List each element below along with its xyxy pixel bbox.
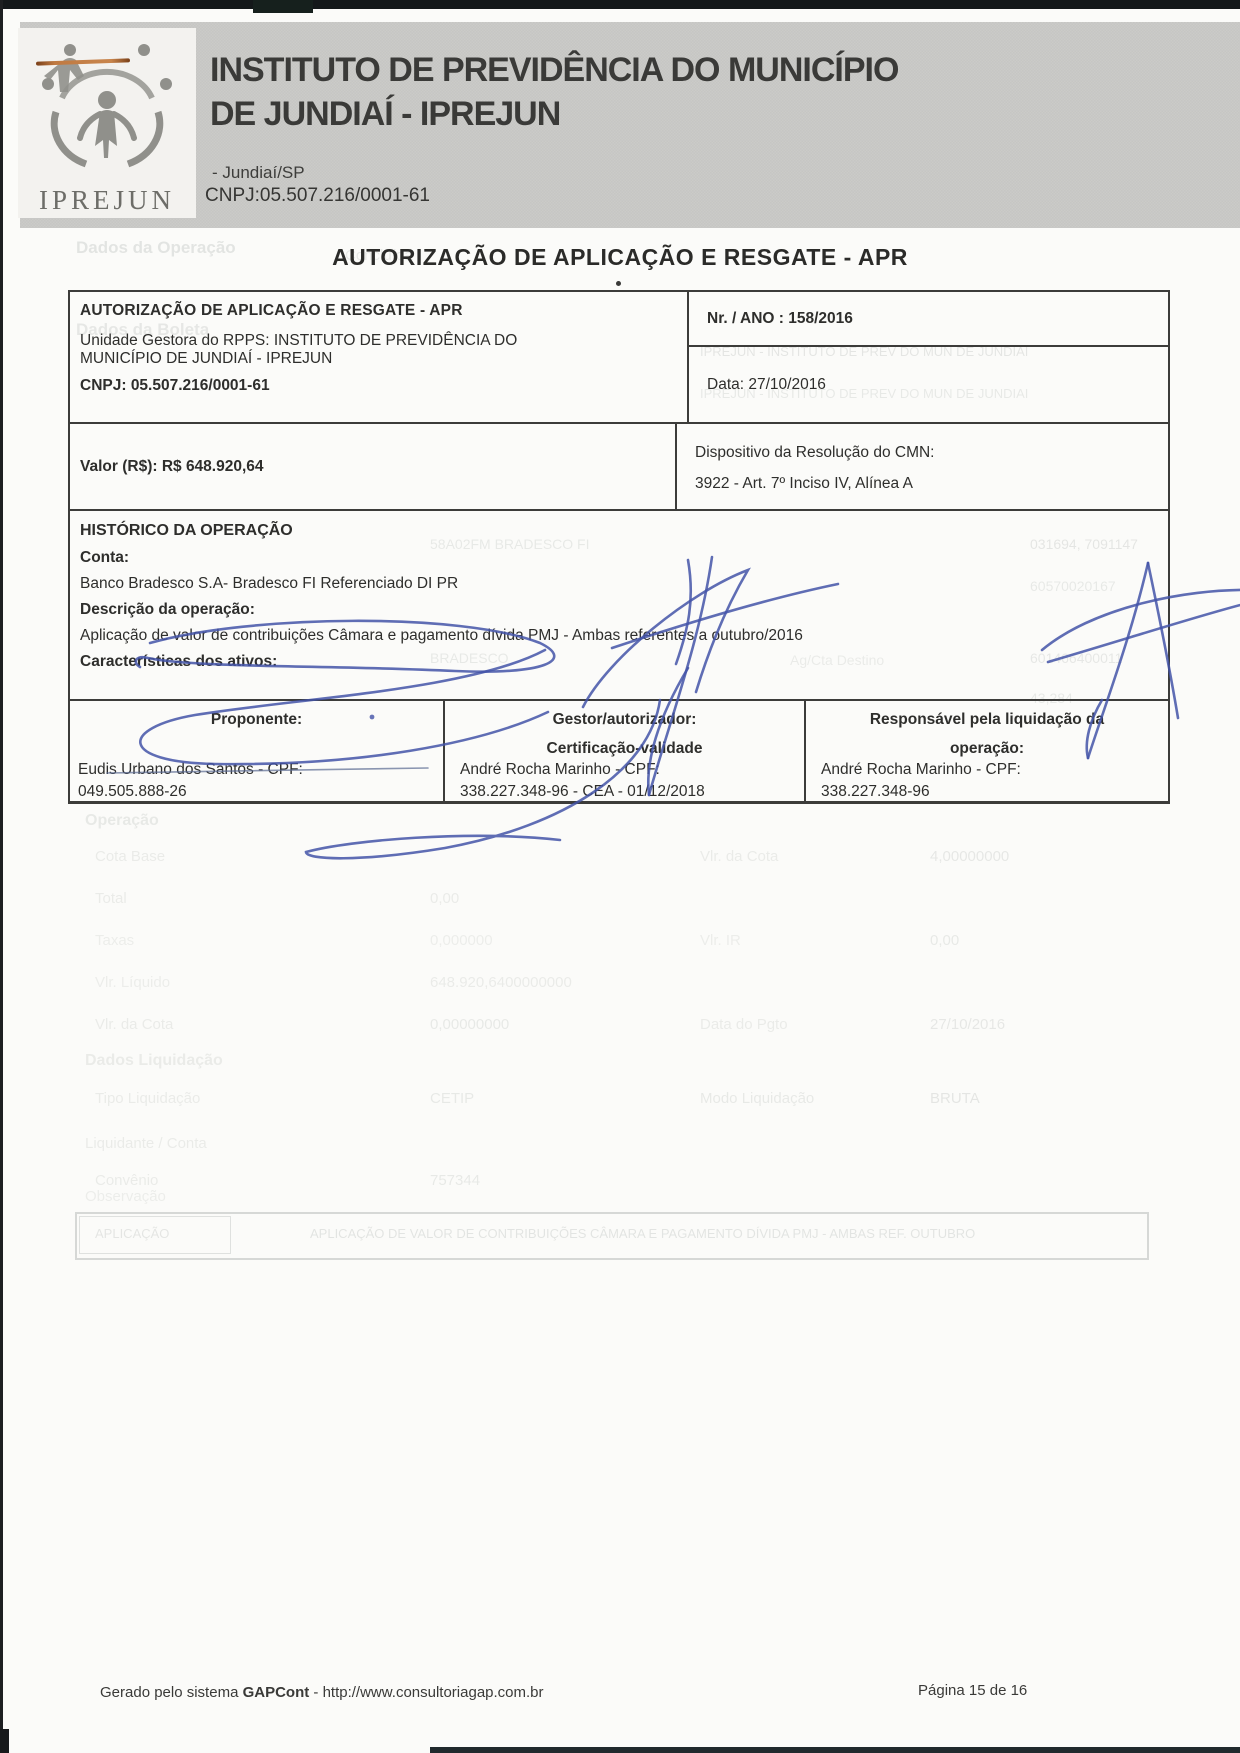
org-name-line2: DE JUNDIAÍ - IPREJUN <box>210 92 898 136</box>
ghost-text: 27/10/2016 <box>930 1016 1005 1033</box>
descricao-value: Aplicação de valor de contribuições Câma… <box>80 623 1168 649</box>
ghost-text: Data do Pgto <box>700 1016 788 1033</box>
ghost-text: Taxas <box>95 932 134 949</box>
ghost-text: Vlr. da Cota <box>700 848 778 865</box>
ghost-text: 4,00000000 <box>930 848 1009 865</box>
form-box-title: AUTORIZAÇÃO DE APLICAÇÃO E RESGATE - APR <box>80 301 675 321</box>
data-field: Data: 27/10/2016 <box>689 347 1168 422</box>
org-cnpj: CNPJ:05.507.216/0001-61 <box>205 185 430 207</box>
historico-title: HISTÓRICO DA OPERAÇÃO <box>80 519 1168 543</box>
unidade-gestora-cell: AUTORIZAÇÃO DE APLICAÇÃO E RESGATE - APR… <box>70 292 689 422</box>
liquidacao-cell: Responsável pela liquidação da operação:… <box>806 701 1168 801</box>
footer-url: - http://www.consultoriagap.com.br <box>309 1684 543 1701</box>
liquidacao-role2: operação: <box>806 730 1168 759</box>
unidade-gestora-text: Unidade Gestora do RPPS: INSTITUTO DE PR… <box>80 332 590 368</box>
gestor-cpf: 338.227.348-96 - CEA - 01/12/2018 <box>460 781 804 803</box>
ghost-text: Tipo Liquidação <box>95 1090 200 1107</box>
people-globe-icon <box>18 28 196 188</box>
apr-form-table: AUTORIZAÇÃO DE APLICAÇÃO E RESGATE - APR… <box>68 290 1170 804</box>
ghost-text: 0,00 <box>430 890 459 907</box>
ghost-box <box>75 1212 1149 1260</box>
footer-generated-by: Gerado pelo sistema GAPCont - http://www… <box>100 1684 544 1701</box>
ghost-text: Liquidante / Conta <box>85 1135 207 1152</box>
ghost-text: BRUTA <box>930 1090 980 1107</box>
ghost-text: Convênio <box>95 1172 158 1189</box>
liquidacao-role: Responsável pela liquidação da <box>806 701 1168 730</box>
valor-field: Valor (R$): R$ 648.920,64 <box>70 424 677 509</box>
liquidacao-names: André Rocha Marinho - CPF: 338.227.348-9… <box>806 759 1168 813</box>
ghost-text: CETIP <box>430 1090 474 1107</box>
ghost-text: 757344 <box>430 1172 480 1189</box>
form-cnpj: CNPJ: 05.507.216/0001-61 <box>80 377 675 395</box>
ghost-text: Modo Liquidação <box>700 1090 814 1107</box>
proponente-role: Proponente: <box>70 701 443 730</box>
document-title: AUTORIZAÇÃO DE APLICAÇÃO E RESGATE - APR <box>0 244 1240 271</box>
footer-page-number: Página 15 de 16 <box>918 1682 1027 1699</box>
ghost-text: Operação <box>85 812 159 830</box>
identification-row: AUTORIZAÇÃO DE APLICAÇÃO E RESGATE - APR… <box>70 292 1168 422</box>
ghost-text: APLICAÇÃO <box>95 1226 169 1241</box>
nr-data-cells: Nr. / ANO : 158/2016 Data: 27/10/2016 <box>689 292 1168 422</box>
signatures-row: Proponente: Eudis Urbano dos Santos - CP… <box>70 699 1168 801</box>
gestor-role: Gestor/autorizador: <box>445 701 804 730</box>
ghost-text: Cota Base <box>95 848 165 865</box>
ghost-text: Vlr. da Cota <box>95 1016 173 1033</box>
proponente-role2 <box>70 730 443 759</box>
nr-ano-field: Nr. / ANO : 158/2016 <box>689 292 1168 347</box>
ghost-text: Vlr. IR <box>700 932 741 949</box>
dispositivo-value: 3922 - Art. 7º Inciso IV, Alínea A <box>695 468 1168 499</box>
scan-edge-blob <box>0 1729 9 1753</box>
ghost-text: 648.920,6400000000 <box>430 974 572 991</box>
pen-speck <box>616 281 621 286</box>
caracteristicas-label: Características dos ativos: <box>80 649 1168 675</box>
ghost-text: 0,000000 <box>430 932 493 949</box>
org-city: - Jundiaí/SP <box>212 163 305 183</box>
gestor-role2: Certificação-validade <box>445 730 804 759</box>
ghost-box-small <box>79 1216 231 1254</box>
footer-system-name: GAPCont <box>243 1684 310 1701</box>
proponente-cpf: 049.505.888-26 <box>78 781 443 803</box>
proponente-names: Eudis Urbano dos Santos - CPF: 049.505.8… <box>70 759 443 813</box>
iprejun-logo-text: IPREJUN <box>18 185 196 216</box>
ghost-text: Observação <box>85 1188 166 1205</box>
ghost-text: 0,00000000 <box>430 1016 509 1033</box>
historico-section: HISTÓRICO DA OPERAÇÃO Conta: Banco Brade… <box>70 509 1168 699</box>
gestor-cell: Gestor/autorizador: Certificação-validad… <box>445 701 806 801</box>
scan-edge-bottom <box>430 1747 1240 1753</box>
liquidacao-cpf: 338.227.348-96 <box>821 781 1168 803</box>
proponente-name: Eudis Urbano dos Santos - CPF: <box>78 759 443 781</box>
ghost-text: Dados Liquidação <box>85 1052 223 1070</box>
scan-edge-top <box>0 0 1240 9</box>
ghost-text: 0,00 <box>930 932 959 949</box>
ghost-text: APLICAÇÃO DE VALOR DE CONTRIBUIÇÕES CÂMA… <box>310 1226 975 1241</box>
dispositivo-label: Dispositivo da Resolução do CMN: <box>695 437 1168 468</box>
org-name-line1: INSTITUTO DE PREVIDÊNCIA DO MUNICÍPIO <box>210 48 898 92</box>
scan-edge-notch <box>253 0 313 13</box>
gestor-name: André Rocha Marinho - CPF: <box>460 759 804 781</box>
descricao-label: Descrição da operação: <box>80 597 1168 623</box>
liquidacao-name: André Rocha Marinho - CPF: <box>821 759 1168 781</box>
conta-value: Banco Bradesco S.A- Bradesco FI Referenc… <box>80 571 1168 597</box>
dispositivo-cell: Dispositivo da Resolução do CMN: 3922 - … <box>677 424 1168 509</box>
scanned-document-page: Boleta de Cotas de FundosDados da Operaç… <box>0 0 1240 1753</box>
conta-label: Conta: <box>80 545 1168 571</box>
ghost-text: Total <box>95 890 127 907</box>
proponente-cell: Proponente: Eudis Urbano dos Santos - CP… <box>70 701 445 801</box>
org-name: INSTITUTO DE PREVIDÊNCIA DO MUNICÍPIO DE… <box>210 48 898 136</box>
gestor-names: André Rocha Marinho - CPF: 338.227.348-9… <box>445 759 804 813</box>
footer-prefix: Gerado pelo sistema <box>100 1684 243 1701</box>
valor-row: Valor (R$): R$ 648.920,64 Dispositivo da… <box>70 422 1168 509</box>
iprejun-logo: IPREJUN <box>18 28 196 218</box>
letterhead-band: INSTITUTO DE PREVIDÊNCIA DO MUNICÍPIO DE… <box>20 22 1240 228</box>
ghost-text: Vlr. Líquido <box>95 974 170 991</box>
